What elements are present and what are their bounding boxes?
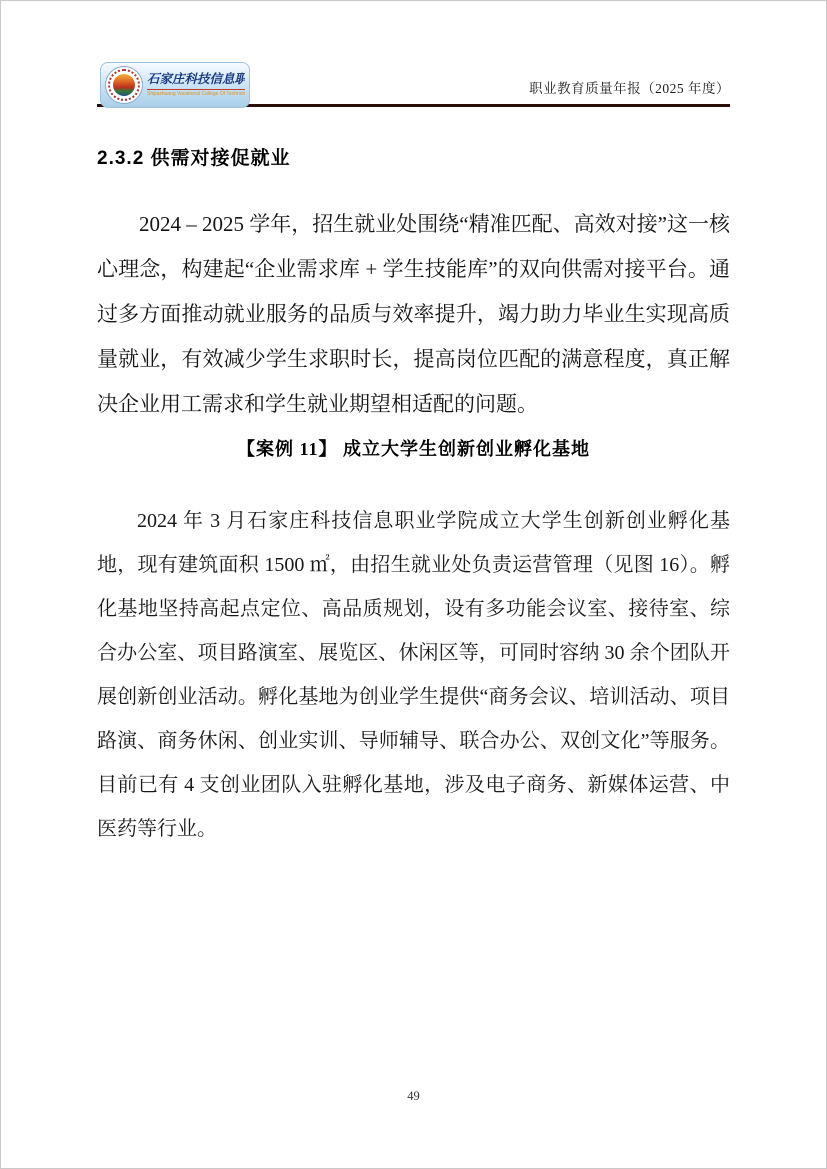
page-header: 石家庄科技信息职业学院 Shijiazhuang Vocational Coll… xyxy=(97,1,730,107)
section-heading: 2.3.2 供需对接促就业 xyxy=(97,146,730,172)
paragraph-employment-overview: 2024 – 2025 学年，招生就业处围绕“精准匹配、高效对接”这一核心理念，… xyxy=(97,202,730,427)
emblem-core xyxy=(113,74,135,96)
case-study-heading: 【案例 11】 成立大学生创新创业孵化基地 xyxy=(97,435,730,463)
school-logo: 石家庄科技信息职业学院 Shijiazhuang Vocational Coll… xyxy=(100,62,250,108)
school-emblem-icon xyxy=(105,66,143,104)
school-name-english: Shijiazhuang Vocational College Of Techn… xyxy=(147,89,245,98)
paragraph-case-study: 2024 年 3 月石家庄科技信息职业学院成立大学生创新创业孵化基地，现有建筑面… xyxy=(97,499,730,851)
document-page: 石家庄科技信息职业学院 Shijiazhuang Vocational Coll… xyxy=(0,0,827,1169)
page-number: 49 xyxy=(1,1089,826,1104)
logo-text: 石家庄科技信息职业学院 Shijiazhuang Vocational Coll… xyxy=(147,72,245,98)
report-title: 职业教育质量年报（2025 年度） xyxy=(529,77,730,97)
school-name-chinese: 石家庄科技信息职业学院 xyxy=(147,72,245,87)
page-content: 2.3.2 供需对接促就业 2024 – 2025 学年，招生就业处围绕“精准匹… xyxy=(97,104,730,851)
